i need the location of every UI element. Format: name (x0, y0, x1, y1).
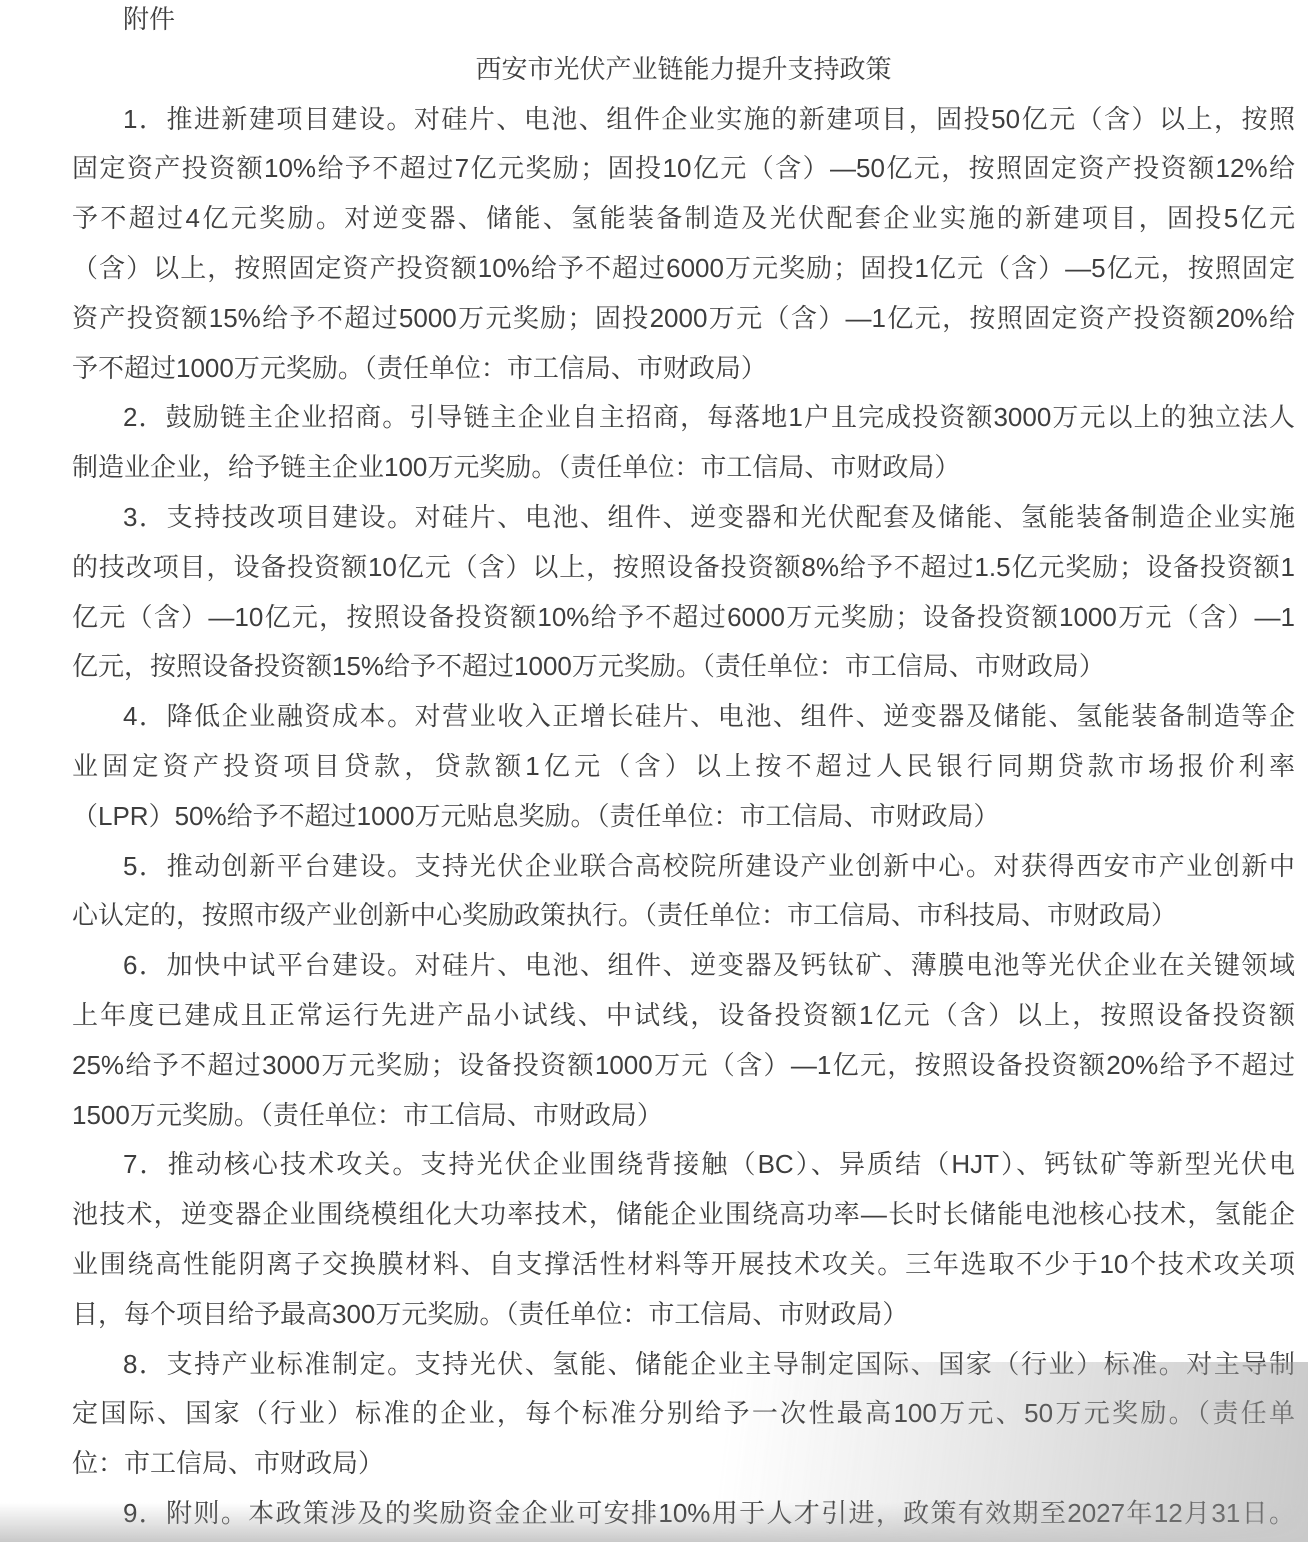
paragraph-line: 1．推进新建项目建设。对硅片、电池、组件企业实施的新建项目，固投50亿元（含）以… (72, 95, 1295, 145)
paragraph-line: 3．支持技改项目建设。对硅片、电池、组件、逆变器和光伏配套及储能、氢能装备制造企… (72, 493, 1295, 543)
paragraph-line: 目，每个项目给予最高300万元奖励。（责任单位：市工信局、市财政局） (72, 1290, 1295, 1340)
paragraph-1: 1．推进新建项目建设。对硅片、电池、组件企业实施的新建项目，固投50亿元（含）以… (72, 95, 1295, 394)
paragraph-line: 亿元，按照设备投资额15%给予不超过1000万元奖励。（责任单位：市工信局、市财… (72, 642, 1295, 692)
paragraph-line: 9．附则。本政策涉及的奖励资金企业可安排10%用于人才引进，政策有效期至2027… (72, 1489, 1295, 1539)
paragraph-line: （LPR）50%给予不超过1000万元贴息奖励。（责任单位：市工信局、市财政局） (72, 792, 1295, 842)
paragraph-line: 予不超过4亿元奖励。对逆变器、储能、氢能装备制造及光伏配套企业实施的新建项目，固… (72, 194, 1295, 244)
paragraph-line: 予不超过1000万元奖励。（责任单位：市工信局、市财政局） (72, 344, 1295, 394)
paragraph-line: 池技术，逆变器企业围绕模组化大功率技术，储能企业围绕高功率—长时长储能电池核心技… (72, 1190, 1295, 1240)
paragraph-line: 的技改项目，设备投资额10亿元（含）以上，按照设备投资额8%给予不超过1.5亿元… (72, 543, 1295, 593)
policy-body: 1．推进新建项目建设。对硅片、电池、组件企业实施的新建项目，固投50亿元（含）以… (72, 95, 1295, 1539)
paragraph-line: 业围绕高性能阴离子交换膜材料、自支撑活性材料等开展技术攻关。三年选取不少于10个… (72, 1240, 1295, 1290)
paragraph-line: 8．支持产业标准制定。支持光伏、氢能、储能企业主导制定国际、国家（行业）标准。对… (72, 1340, 1295, 1390)
paragraph-line: 心认定的，按照市级产业创新中心奖励政策执行。（责任单位：市工信局、市科技局、市财… (72, 891, 1295, 941)
paragraph-line: 2．鼓励链主企业招商。引导链主企业自主招商，每落地1户且完成投资额3000万元以… (72, 393, 1295, 443)
paragraph-line: 业固定资产投资项目贷款，贷款额1亿元（含）以上按不超过人民银行同期贷款市场报价利… (72, 742, 1295, 792)
paragraph-line: 25%给予不超过3000万元奖励；设备投资额1000万元（含）—1亿元，按照设备… (72, 1041, 1295, 1091)
paragraph-line: 制造业企业，给予链主企业100万元奖励。（责任单位：市工信局、市财政局） (72, 443, 1295, 493)
paragraph-line: 5．推动创新平台建设。支持光伏企业联合高校院所建设产业创新中心。对获得西安市产业… (72, 842, 1295, 892)
paragraph-4: 4．降低企业融资成本。对营业收入正增长硅片、电池、组件、逆变器及储能、氢能装备制… (72, 692, 1295, 841)
paragraph-line: 7．推动核心技术攻关。支持光伏企业围绕背接触（BC）、异质结（HJT）、钙钛矿等… (72, 1140, 1295, 1190)
paragraph-9: 9．附则。本政策涉及的奖励资金企业可安排10%用于人才引进，政策有效期至2027… (72, 1489, 1295, 1539)
document-title: 西安市光伏产业链能力提升支持政策 (72, 45, 1295, 95)
paragraph-5: 5．推动创新平台建设。支持光伏企业联合高校院所建设产业创新中心。对获得西安市产业… (72, 842, 1295, 942)
paragraph-line: 1500万元奖励。（责任单位：市工信局、市财政局） (72, 1091, 1295, 1141)
paragraph-line: 定国际、国家（行业）标准的企业，每个标准分别给予一次性最高100万元、50万元奖… (72, 1389, 1295, 1439)
paragraph-line: （含）以上，按照固定资产投资额10%给予不超过6000万元奖励；固投1亿元（含）… (72, 244, 1295, 294)
paragraph-line: 上年度已建成且正常运行先进产品小试线、中试线，设备投资额1亿元（含）以上，按照设… (72, 991, 1295, 1041)
paragraph-8: 8．支持产业标准制定。支持光伏、氢能、储能企业主导制定国际、国家（行业）标准。对… (72, 1340, 1295, 1489)
paragraph-line: 资产投资额15%给予不超过5000万元奖励；固投2000万元（含）—1亿元，按照… (72, 294, 1295, 344)
paragraph-6: 6．加快中试平台建设。对硅片、电池、组件、逆变器及钙钛矿、薄膜电池等光伏企业在关… (72, 941, 1295, 1140)
paragraph-line: 6．加快中试平台建设。对硅片、电池、组件、逆变器及钙钛矿、薄膜电池等光伏企业在关… (72, 941, 1295, 991)
paragraph-line: 4．降低企业融资成本。对营业收入正增长硅片、电池、组件、逆变器及储能、氢能装备制… (72, 692, 1295, 742)
attachment-label: 附件 (72, 0, 1295, 45)
paragraph-line: 位：市工信局、市财政局） (72, 1439, 1295, 1489)
paragraph-3: 3．支持技改项目建设。对硅片、电池、组件、逆变器和光伏配套及储能、氢能装备制造企… (72, 493, 1295, 692)
paragraph-2: 2．鼓励链主企业招商。引导链主企业自主招商，每落地1户且完成投资额3000万元以… (72, 393, 1295, 493)
paragraph-line: 固定资产投资额10%给予不超过7亿元奖励；固投10亿元（含）—50亿元，按照固定… (72, 144, 1295, 194)
paragraph-7: 7．推动核心技术攻关。支持光伏企业围绕背接触（BC）、异质结（HJT）、钙钛矿等… (72, 1140, 1295, 1339)
policy-document-page: 附件 西安市光伏产业链能力提升支持政策 1．推进新建项目建设。对硅片、电池、组件… (0, 0, 1308, 1542)
paragraph-line: 亿元（含）—10亿元，按照设备投资额10%给予不超过6000万元奖励；设备投资额… (72, 593, 1295, 643)
document-content: 附件 西安市光伏产业链能力提升支持政策 1．推进新建项目建设。对硅片、电池、组件… (72, 0, 1295, 1539)
